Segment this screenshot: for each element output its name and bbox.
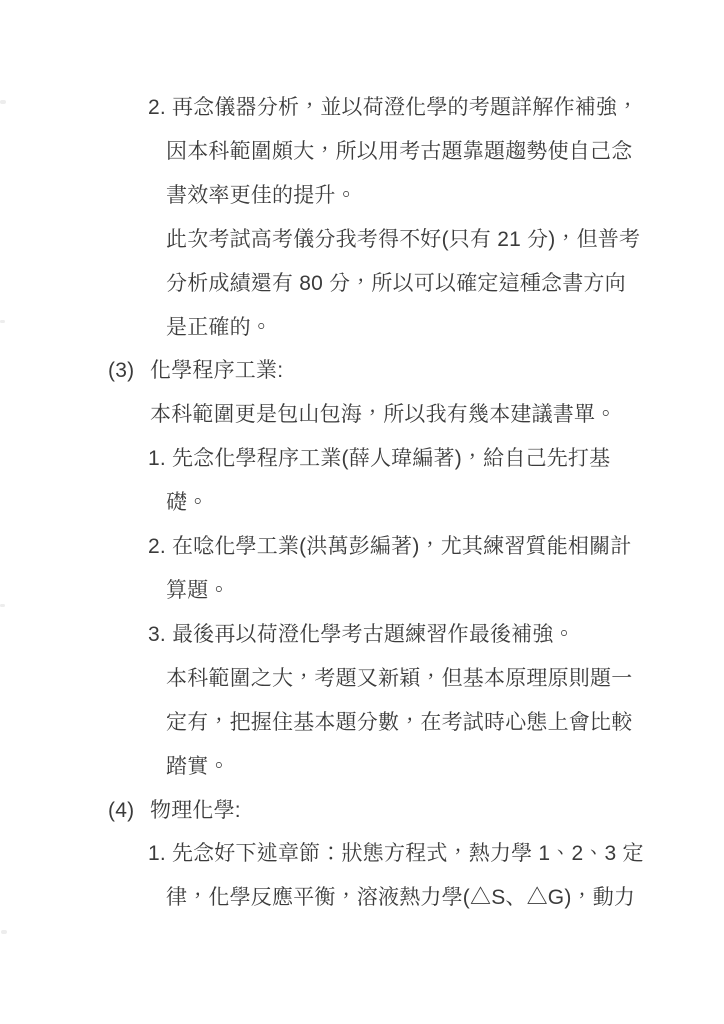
text-line: 定有，把握住基本題分數，在考試時心態上會比較 (0, 701, 724, 745)
text-line: 3. 最後再以荷澄化學考古題練習作最後補強。 (0, 613, 724, 657)
section-heading: (4)物理化學: (0, 789, 724, 833)
section-title: 物理化學: (150, 799, 241, 822)
section-heading: (3)化學程序工業: (0, 349, 724, 393)
text-line: 此次考試高考儀分我考得不好(只有 21 分)，但普考 (0, 218, 724, 262)
text-line: 2. 在唸化學工業(洪萬彭編著)，尤其練習質能相關計 (0, 525, 724, 569)
text-line: 踏實。 (0, 745, 724, 789)
text-line: 本科範圍之大，考題又新穎，但基本原理原則題一 (0, 657, 724, 701)
text-line: 1. 先念好下述章節：狀態方程式，熱力學 1、2、3 定 (0, 832, 724, 876)
section-number: (4) (108, 789, 150, 833)
text-line: 是正確的。 (0, 306, 724, 350)
document-text-block: 2. 再念儀器分析，並以荷澄化學的考題詳解作補強，因本科範圍頗大，所以用考古題靠… (0, 86, 724, 920)
section-title: 化學程序工業: (150, 359, 283, 382)
text-line: 因本科範圍頗大，所以用考古題靠題趨勢使自己念 (0, 130, 724, 174)
text-line: 2. 再念儀器分析，並以荷澄化學的考題詳解作補強， (0, 86, 724, 130)
text-line: 1. 先念化學程序工業(薛人瑋編著)，給自己先打基 (0, 437, 724, 481)
text-line: 礎。 (0, 481, 724, 525)
text-line: 分析成績還有 80 分，所以可以確定這種念書方向 (0, 262, 724, 306)
text-line: 本科範圍更是包山包海，所以我有幾本建議書單。 (0, 393, 724, 437)
text-line: 書效率更佳的提升。 (0, 174, 724, 218)
text-line: 算題。 (0, 569, 724, 613)
scan-speckle (1, 930, 7, 934)
document-page: 2. 再念儀器分析，並以荷澄化學的考題詳解作補強，因本科範圍頗大，所以用考古題靠… (0, 0, 724, 1024)
text-line: 律，化學反應平衡，溶液熱力學(△S、△G)，動力 (0, 876, 724, 920)
section-number: (3) (108, 349, 150, 393)
